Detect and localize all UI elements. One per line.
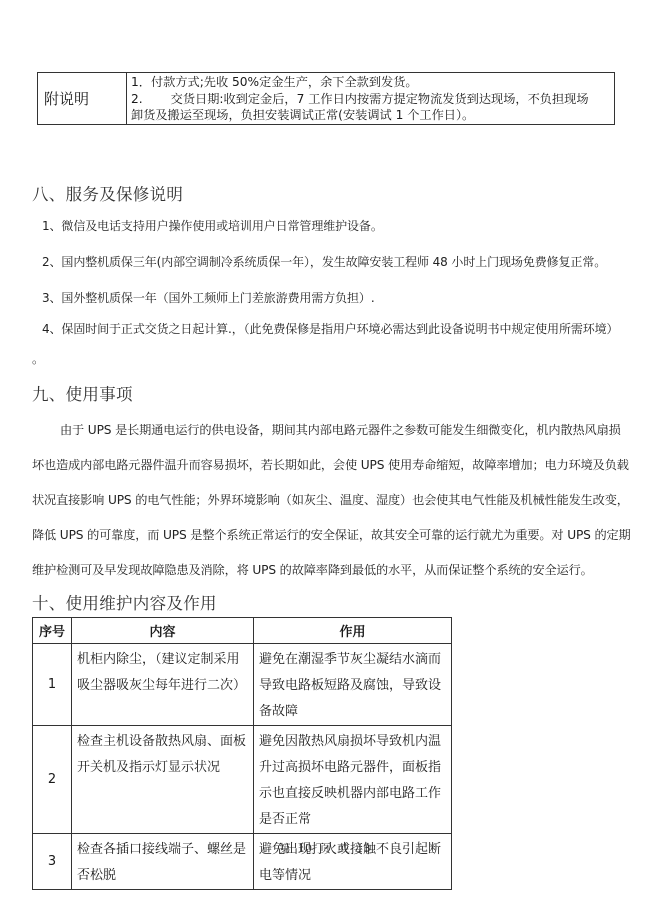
page-number-footer: 第 10 页 共 13 [0,840,650,856]
service-item-4: 4、保固时间于正式交货之日起计算.，（此免费保修是指用户环境必需达到此设备说明书… [42,320,618,337]
section-8-heading: 八、服务及保修说明 [32,181,183,205]
delivery-number: 2. [131,92,143,106]
payment-delivery-notes-table: 附说明 1．付款方式;先收 50%定金生产，余下全款到发货。 2.交货日期:收到… [37,72,615,125]
notes-label: 附说明 [38,73,127,124]
row-content: 检查主机设备散热风扇、面板开关机及指示灯显示状况 [72,726,254,834]
usage-paragraph-line-4: 降低 UPS 的可靠度，而 UPS 是整个系统正常运行的安全保证，故其安全可靠的… [32,526,631,543]
usage-paragraph-line-2: 坏也造成内部电路元器件温升而容易损坏，若长期如此，会使 UPS 使用寿命缩短，故… [32,456,629,473]
row-effect: 避免因散热风扇损坏导致机内温升过高损坏电路元器件，面板指示也直接反映机器内部电路… [254,726,452,834]
delivery-text: 交货日期:收到定金后，7 工作日内按需方提定物流发货到达现场，不负担现场 [171,92,589,106]
payment-terms-line: 1．付款方式;先收 50%定金生产，余下全款到发货。 [131,74,610,91]
table-row: 2 检查主机设备散热风扇、面板开关机及指示灯显示状况 避免因散热风扇损坏导致机内… [33,726,452,834]
usage-paragraph-line-3: 状况直接影响 UPS 的电气性能；外界环境影响（如灰尘、温度、湿度）也会使其电气… [32,491,629,508]
usage-paragraph-line-1: 由于 UPS 是长期通电运行的供电设备，期间其内部电路元器件之参数可能发生细微变… [60,421,621,438]
usage-paragraph-line-5: 维护检测可及早发现故障隐患及消除，将 UPS 的故障率降到最低的水平，从而保证整… [32,561,593,578]
trailing-period: 。 [32,350,44,367]
row-number: 1 [33,644,72,726]
service-item-3: 3、国外整机质保一年（国外工频师上门差旅游费用需方负担）. [42,289,375,306]
service-item-1: 1、微信及电话支持用户操作使用或培训用户日常管理维护设备。 [42,217,383,234]
header-number: 序号 [33,618,72,644]
row-content: 机柜内除尘，（建议定制采用吸尘器吸灰尘每年进行二次） [72,644,254,726]
section-10-heading: 十、使用维护内容及作用 [32,590,217,614]
notes-content: 1．付款方式;先收 50%定金生产，余下全款到发货。 2.交货日期:收到定金后，… [127,73,614,124]
delivery-terms-line: 2.交货日期:收到定金后，7 工作日内按需方提定物流发货到达现场，不负担现场 [131,91,610,108]
header-effect: 作用 [254,618,452,644]
section-9-heading: 九、使用事项 [32,381,133,405]
header-content: 内容 [72,618,254,644]
table-row: 1 机柜内除尘，（建议定制采用吸尘器吸灰尘每年进行二次） 避免在潮湿季节灰尘凝结… [33,644,452,726]
row-effect: 避免在潮湿季节灰尘凝结水滴而导致电路板短路及腐蚀，导致设备故障 [254,644,452,726]
delivery-terms-continued: 卸货及搬运至现场，负担安装调试正常(安装调试 1 个工作日）。 [131,107,610,124]
table-header-row: 序号 内容 作用 [33,618,452,644]
service-item-2: 2、国内整机质保三年(内部空调制冷系统质保一年），发生故障安装工程师 48 小时… [42,253,606,270]
row-number: 2 [33,726,72,834]
